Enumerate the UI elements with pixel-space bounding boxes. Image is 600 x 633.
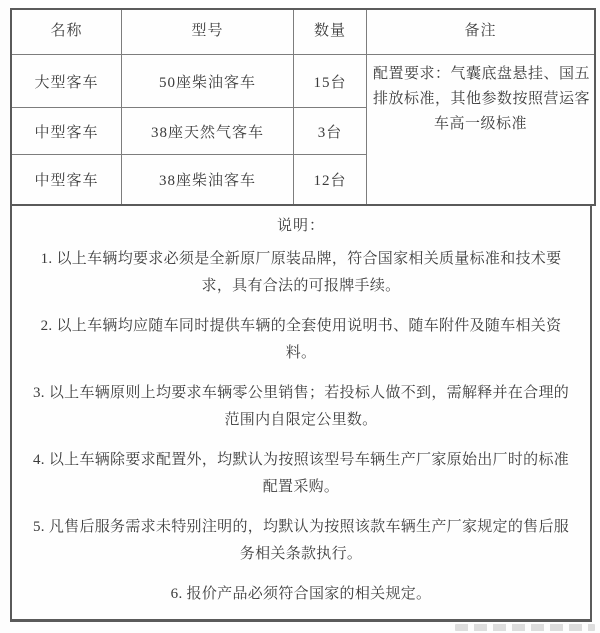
note-item-3: 3. 以上车辆原则上均要求车辆零公里销售；若投标人做不到，需解释并在合理的 范围… [28, 380, 574, 434]
col-header-name: 名称 [12, 10, 122, 55]
col-header-qty: 数量 [294, 10, 367, 55]
note-item-6: 6. 报价产品必须符合国家的相关规定。 [28, 581, 574, 608]
remark-line: 配置要求：气囊底盘悬挂、国五 [373, 62, 588, 87]
vehicle-spec-table: 名称 型号 数量 备注 大型客车 50座柴油客车 15台 配置要求：气囊底盘悬挂… [10, 8, 596, 206]
document-page: 名称 型号 数量 备注 大型客车 50座柴油客车 15台 配置要求：气囊底盘悬挂… [0, 0, 600, 633]
notes-section: 说明： 1. 以上车辆均要求必须是全新原厂原装品牌，符合国家相关质量标准和技术要… [10, 204, 592, 622]
note-line: 求，具有合法的可报牌手续。 [28, 273, 574, 300]
note-line: 6. 报价产品必须符合国家的相关规定。 [28, 581, 574, 608]
note-line: 务相关条款执行。 [28, 541, 574, 568]
note-line: 4. 以上车辆除要求配置外，均默认为按照该型号车辆生产厂家原始出厂时的标准 [28, 447, 574, 474]
notes-title: 说明： [28, 214, 574, 238]
cell-name-row1: 大型客车 [12, 55, 122, 108]
cell-qty-row2: 3台 [294, 108, 367, 155]
watermark [455, 624, 595, 631]
cell-name-row3: 中型客车 [12, 155, 122, 204]
note-line: 配置采购。 [28, 474, 574, 501]
remark-line: 车高一级标准 [373, 112, 588, 137]
cell-model-row1: 50座柴油客车 [122, 55, 294, 108]
note-line: 2. 以上车辆均应随车同时提供车辆的全套使用说明书、随车附件及随车相关资 [28, 313, 574, 340]
note-item-5: 5. 凡售后服务需求未特别注明的，均默认为按照该款车辆生产厂家规定的售后服 务相… [28, 514, 574, 568]
col-header-remark: 备注 [367, 10, 594, 55]
cell-model-row2: 38座天然气客车 [122, 108, 294, 155]
note-line: 范围内自限定公里数。 [28, 407, 574, 434]
remark-cell: 配置要求：气囊底盘悬挂、国五 排放标准，其他参数按照营运客 车高一级标准 [367, 55, 594, 204]
note-line: 料。 [28, 340, 574, 367]
cell-qty-row1: 15台 [294, 55, 367, 108]
cell-name-row2: 中型客车 [12, 108, 122, 155]
note-line: 5. 凡售后服务需求未特别注明的，均默认为按照该款车辆生产厂家规定的售后服 [28, 514, 574, 541]
note-item-4: 4. 以上车辆除要求配置外，均默认为按照该型号车辆生产厂家原始出厂时的标准 配置… [28, 447, 574, 501]
note-line: 1. 以上车辆均要求必须是全新原厂原装品牌，符合国家相关质量标准和技术要 [28, 246, 574, 273]
note-item-2: 2. 以上车辆均应随车同时提供车辆的全套使用说明书、随车附件及随车相关资 料。 [28, 313, 574, 367]
cell-qty-row3: 12台 [294, 155, 367, 204]
note-item-1: 1. 以上车辆均要求必须是全新原厂原装品牌，符合国家相关质量标准和技术要 求，具… [28, 246, 574, 300]
note-line: 3. 以上车辆原则上均要求车辆零公里销售；若投标人做不到，需解释并在合理的 [28, 380, 574, 407]
col-header-model: 型号 [122, 10, 294, 55]
cell-model-row3: 38座柴油客车 [122, 155, 294, 204]
remark-line: 排放标准，其他参数按照营运客 [373, 87, 588, 112]
